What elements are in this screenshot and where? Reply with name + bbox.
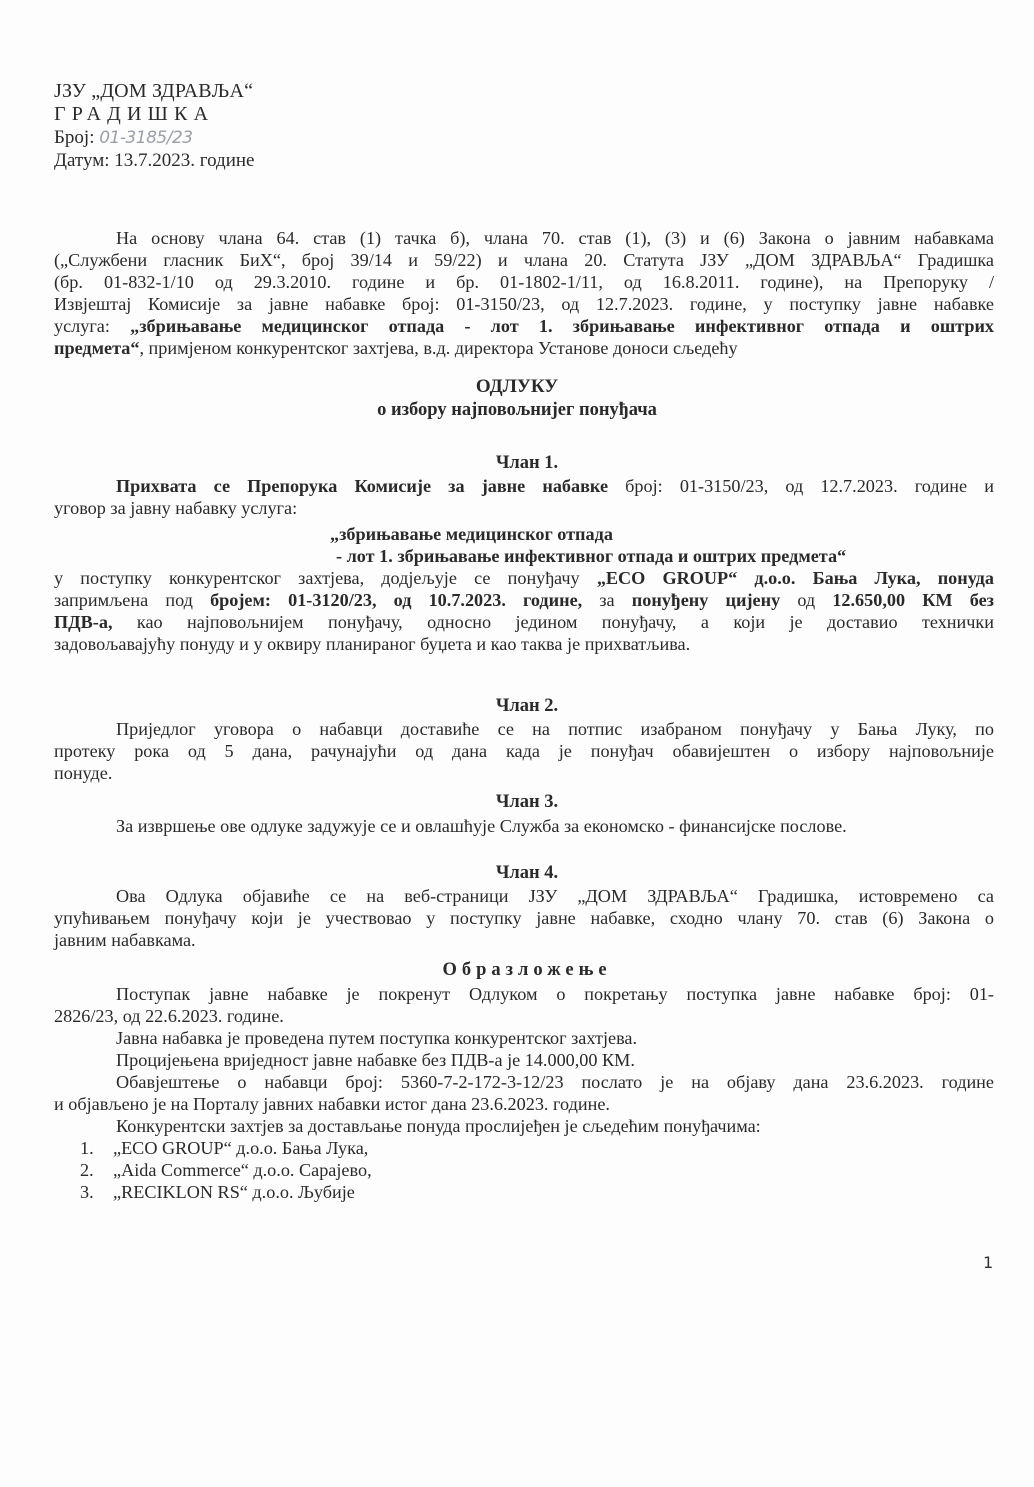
article-1-line: запримљена под бројем: 01-3120/23, од 10… [54,589,994,611]
article-4-line: Ова Одлука објавиће се на веб-страници Ј… [54,885,994,907]
document-date: Датум: 13.7.2023. године [54,150,254,172]
article-4-line: упућивањем понуђачу који је учествовао у… [54,907,994,929]
bidders-list: 1.„ECO GROUP“ д.о.о. Бања Лука, 2.„Aida … [54,1137,994,1203]
explanation-line: 2826/23, од 22.6.2023. године. [54,1005,994,1027]
procurement-subject: „збрињавање медицинског отпада - лот 1. … [130,316,994,336]
decision-title: ОДЛУКУ [0,376,1034,398]
bidder-number: 1. [80,1137,113,1159]
article-2-line: понуде. [54,762,994,784]
offered-price: 12.650,00 КМ без [832,590,994,610]
article-4-heading: Члан 4. [0,863,1034,884]
article-1-text: запримљена под [54,590,210,610]
procurement-subject-end: предмета“ [54,338,139,358]
awarded-bidder: „ECO GROUP“ д.о.о. Бања Лука, понуда [597,568,994,588]
article-1-line: у поступку конкурентског захтјева, додје… [54,567,994,589]
article-1-line: ПДВ-а, као најповољнијем понуђачу, однос… [54,611,994,633]
document-number: Број: 01-3185/23 [54,127,193,149]
article-2-heading: Члан 2. [0,696,1034,717]
article-1-body: Прихвата се Препорука Комисије за јавне … [54,475,994,655]
article-2-line: Приједлог уговора о набавци доставиће се… [54,718,994,740]
institution-name: ЈЗУ „ДОМ ЗДРАВЉА“ [54,80,253,102]
preamble-line: услуга: „збрињавање медицинског отпада -… [54,315,994,337]
explanation-line: Процијењена вриједност јавне набавке без… [54,1049,994,1071]
article-1-text: број: 01-3150/23, од 12.7.2023. године и [608,476,994,496]
institution-city: ГРАДИШКА [54,103,214,125]
preamble-text: , примјеном конкурентског захтјева, в.д.… [139,338,737,358]
document-number-handwritten: 01-3185/23 [99,128,192,148]
bidder-item: 1.„ECO GROUP“ д.о.о. Бања Лука, [80,1137,994,1159]
document-number-label: Број: [54,127,94,148]
explanation-body: Поступак јавне набавке је покренут Одлук… [54,983,994,1203]
bidder-name: „ECO GROUP“ д.о.о. Бања Лука, [113,1138,368,1158]
bidder-item: 3.„RECIKLON RS“ д.о.о. Љубије [80,1181,994,1203]
preamble-text: услуга: [54,316,130,336]
bidder-name: „Aida Commerce“ д.о.о. Сарајево, [113,1160,372,1180]
preamble-line: Извјештај Комисије за јавне набавке број… [54,293,994,315]
offered-price-label: понуђену цијену [632,590,780,610]
article-4-line: јавним набавкама. [54,929,994,951]
bidder-number: 2. [80,1159,113,1181]
article-3-heading: Члан 3. [0,792,1034,813]
explanation-line: Конкурентски захтјев за достављање понуд… [54,1115,994,1137]
article-2-body: Приједлог уговора о набавци доставиће се… [54,718,994,784]
explanation-line: и објављено је на Порталу јавних набавки… [54,1093,994,1115]
article-1-line: уговор за јавну набавку услуга: [54,497,994,519]
article-1-text: у поступку конкурентског захтјева, додје… [54,568,597,588]
bidder-name: „RECIKLON RS“ д.о.о. Љубије [113,1182,355,1202]
page-number: 1 [983,1253,993,1272]
article-1-text: као најповољнијем понуђачу, односно једи… [113,612,995,632]
explanation-line: Поступак јавне набавке је покренут Одлук… [54,983,994,1005]
bidder-number: 3. [80,1181,113,1203]
explanation-line: Обавјештење о набавци број: 5360-7-2-172… [54,1071,994,1093]
article-1-line: Прихвата се Препорука Комисије за јавне … [54,475,994,497]
article-2-line: протеку рока од 5 дана, рачунајући од да… [54,740,994,762]
decision-subtitle: о избору најповољнијег понуђача [0,400,1034,421]
offer-number: бројем: 01-3120/23, од 10.7.2023. године… [210,590,582,610]
article-3-body: За извршење ове одлуке задужује се и овл… [54,815,994,837]
article-3-line: За извршење ове одлуке задужује се и овл… [54,815,994,837]
preamble-line: На основу члана 64. став (1) тачка б), ч… [54,227,994,249]
preamble-line: предмета“, примјеном конкурентског захтј… [54,337,994,359]
article-1-line: задовољавајућу понуду и у оквиру планира… [54,633,994,655]
article-1-text: за [582,590,632,610]
article-4-body: Ова Одлука објавиће се на веб-страници Ј… [54,885,994,951]
preamble-paragraph: На основу члана 64. став (1) тачка б), ч… [54,227,994,359]
explanation-line: Јавна набавка је проведена путем поступк… [54,1027,994,1049]
article-1-subject-line: „збрињавање медицинског отпада [54,523,994,545]
vat-label: ПДВ-а, [54,612,113,632]
article-1-subject-line: - лот 1. збрињавање инфективног отпада и… [54,545,994,567]
article-1-text: од [780,590,832,610]
document-page: ЈЗУ „ДОМ ЗДРАВЉА“ ГРАДИШКА Број: 01-3185… [0,0,1034,1487]
explanation-heading: Образложење [0,960,1034,981]
preamble-line: („Службени гласник БиХ“, број 39/14 и 59… [54,249,994,271]
article-1-bold-text: Прихвата се Препорука Комисије за јавне … [116,476,608,496]
article-1-heading: Члан 1. [0,453,1034,474]
preamble-line: (бр. 01-832-1/10 од 29.3.2010. године и … [54,271,994,293]
bidder-item: 2.„Aida Commerce“ д.о.о. Сарајево, [80,1159,994,1181]
